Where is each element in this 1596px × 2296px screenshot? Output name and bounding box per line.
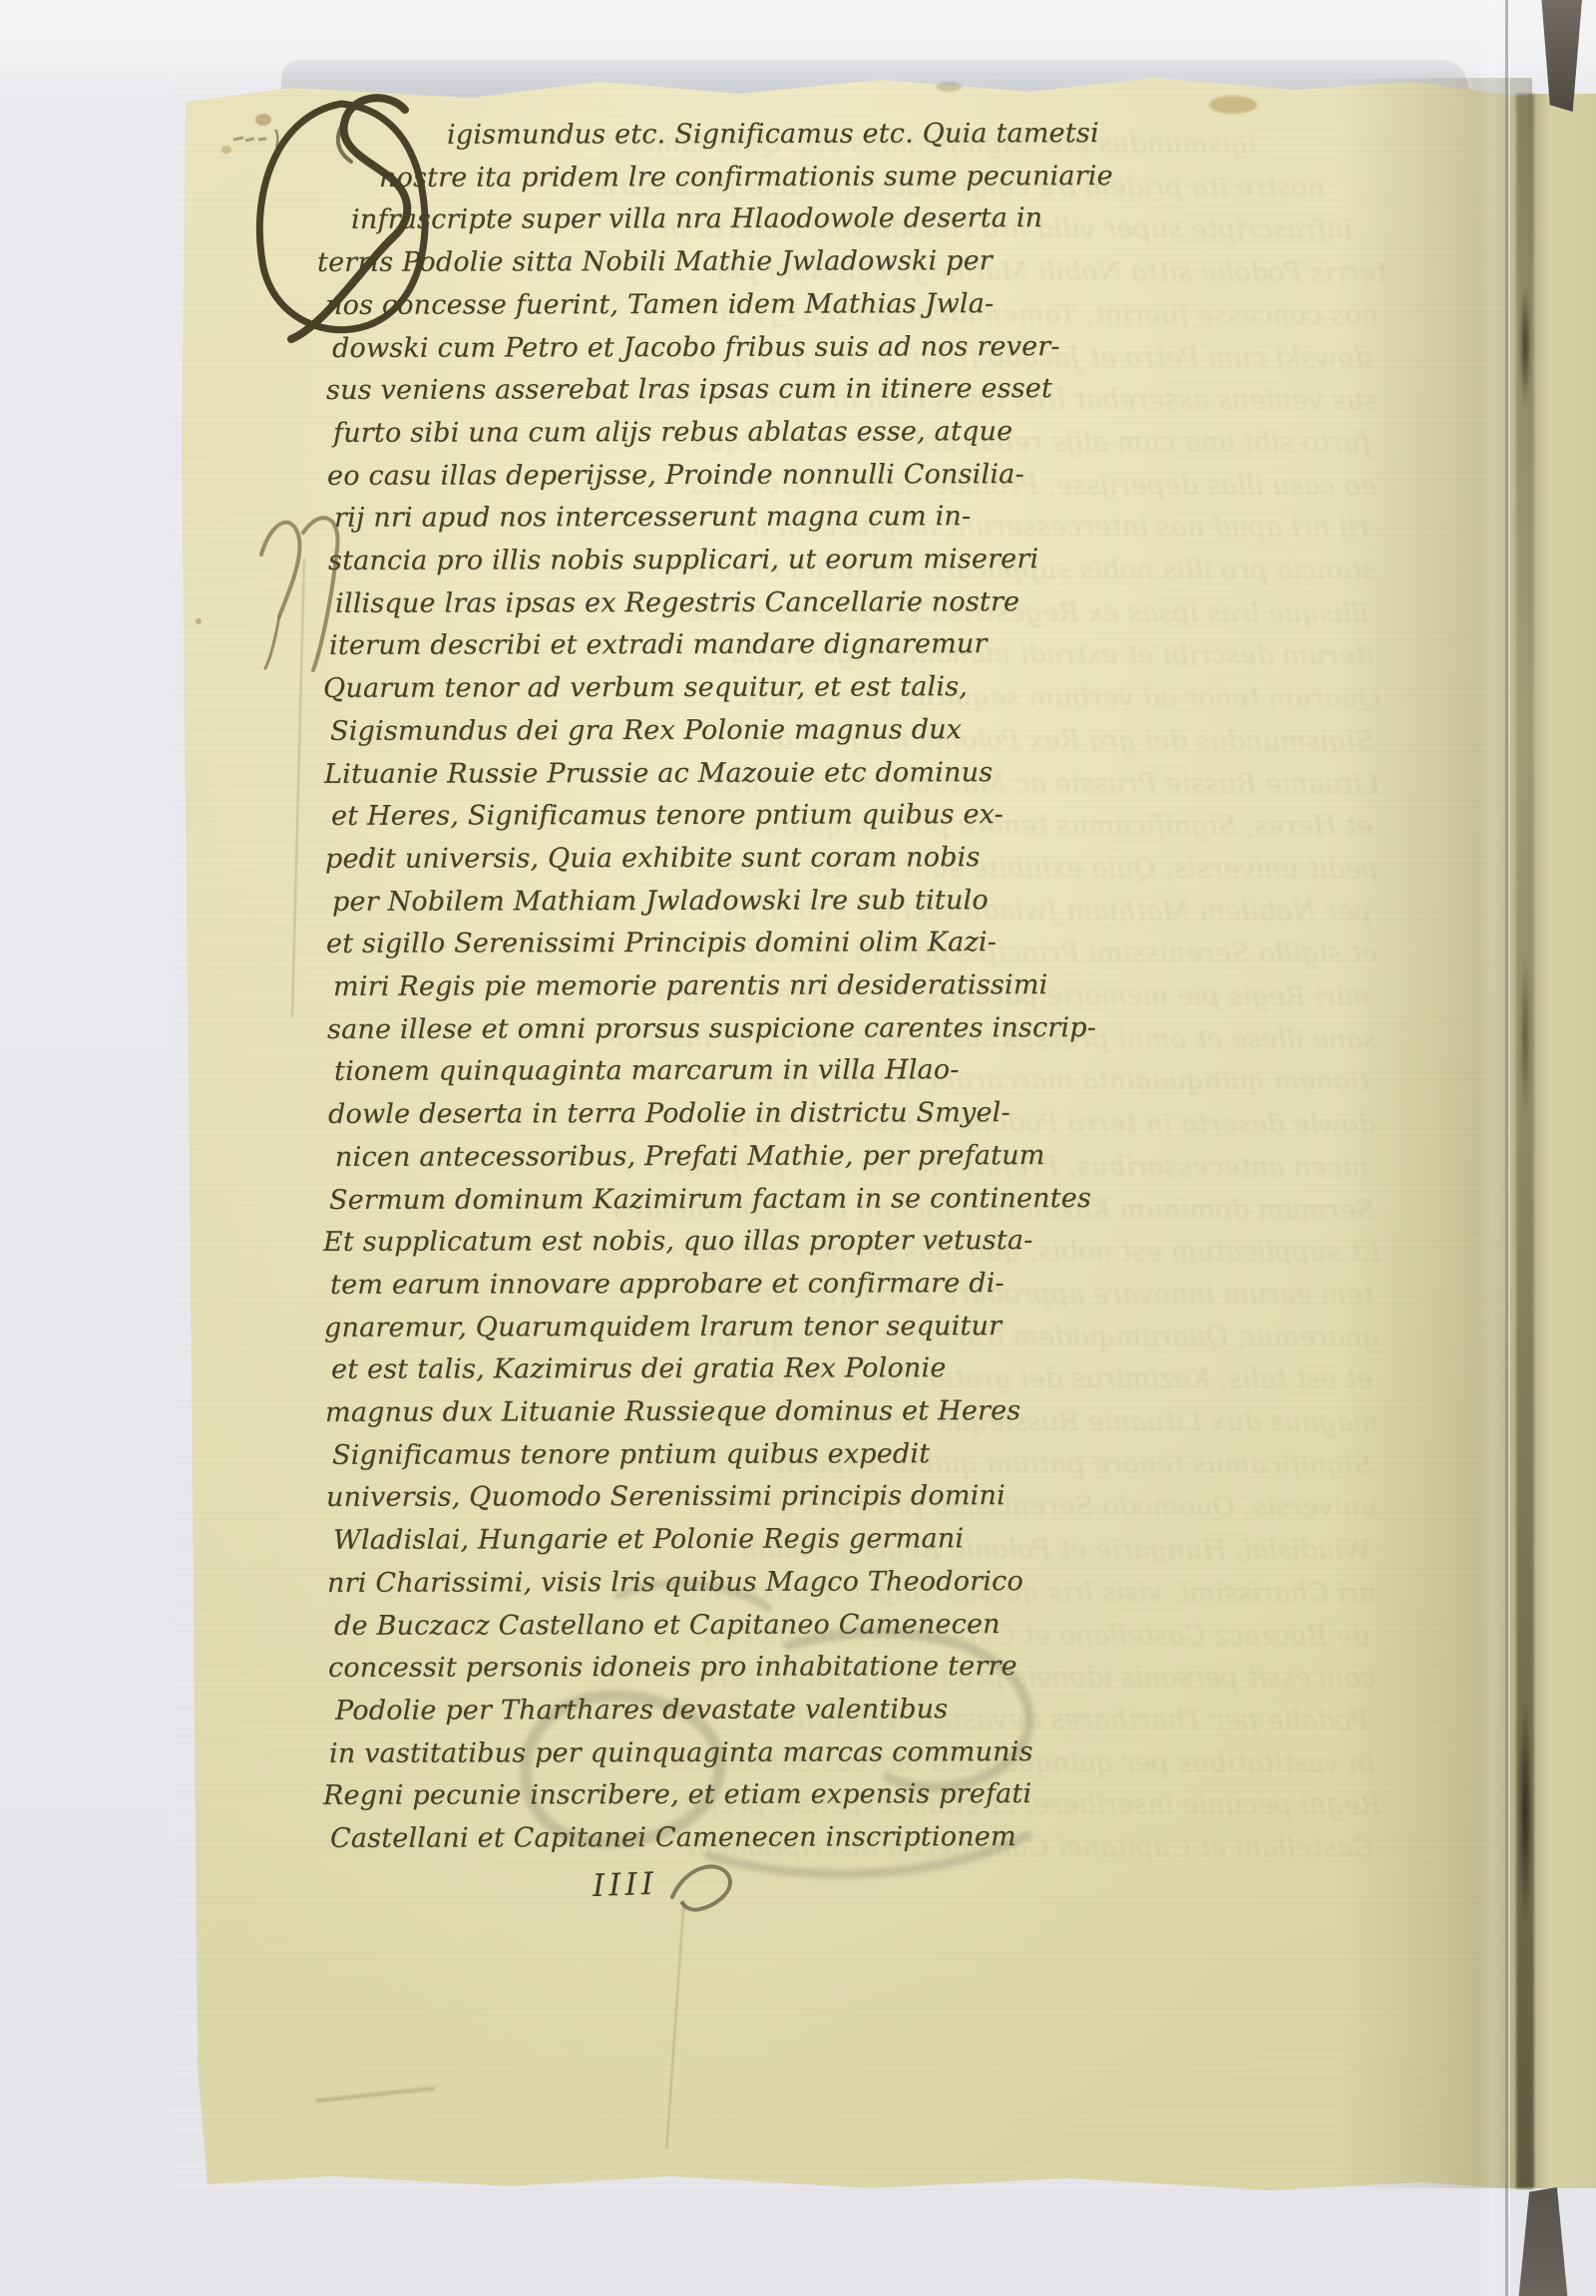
manuscript-line: concessit personis idoneis pro inhabitat…	[328, 1650, 1017, 1686]
manuscript-line: sane illese et omni prorsus suspicione c…	[327, 1011, 1096, 1047]
manuscript-line: Sigismundus dei gra Rex Polonie magnus d…	[330, 713, 962, 749]
manuscript-line: et Heres, Significamus tenore pntium qui…	[331, 798, 1003, 834]
manuscript-line: Wladislai, Hungarie et Polonie Regis ger…	[333, 1522, 964, 1558]
manuscript-line: per Nobilem Mathiam Jwladowski lre sub t…	[332, 884, 989, 920]
manuscript-line: Lituanie Russie Prussie ac Mazouie etc d…	[324, 756, 993, 792]
manuscript-line: et est talis, Kazimirus dei gratia Rex P…	[331, 1351, 947, 1387]
manuscript-line: eo casu illas deperijsse, Proinde nonnul…	[327, 458, 1024, 494]
glass-edge	[1505, 0, 1508, 2296]
manuscript-line: pedit universis, Quia exhibite sunt cora…	[325, 841, 981, 877]
manuscript-line: Quarum tenor ad verbum sequitur, et est …	[323, 670, 968, 706]
manuscript-line: gnaremur, Quarumquidem lrarum tenor sequ…	[324, 1310, 1001, 1345]
manuscript-line: Sermum dominum Kazimirum factam in se co…	[329, 1182, 1091, 1218]
manuscript-line: illisque lras ipsas ex Regestris Cancell…	[335, 585, 1019, 621]
manuscript-line: in vastitatibus per quinquaginta marcas …	[329, 1735, 1033, 1771]
manuscript-line: de Buczacz Castellano et Capitaneo Camen…	[334, 1608, 1000, 1644]
manuscript-line: magnus dux Lituanie Russieque dominus et…	[325, 1394, 1020, 1430]
quire-mark-flourish	[666, 1857, 746, 1927]
manuscript-line: dowle deserta in terra Podolie in distri…	[328, 1096, 1010, 1132]
scan-background: igismundus etc. Significamus etc. Quia t…	[0, 0, 1596, 2296]
quire-mark: IIII	[592, 1866, 657, 1904]
manuscript-line: Castellani et Capitanei Camenecen inscri…	[330, 1820, 1016, 1856]
manuscript-line: nri Charissimi, visis lris quibus Magco …	[327, 1565, 1023, 1601]
manuscript-line: tem earum innovare approbare et confirma…	[330, 1267, 1004, 1303]
manuscript-line: igismundus etc. Significamus etc. Quia t…	[447, 117, 1099, 153]
manuscript-line: Podolie per Tharthares devastate valenti…	[335, 1693, 948, 1728]
manuscript-line: Regni pecunie inscribere, et etiam expen…	[323, 1777, 1031, 1813]
manuscript-line: et sigillo Serenissimi Principis domini …	[326, 926, 997, 961]
manuscript-line: iterum describi et extradi mandare digna…	[329, 627, 988, 663]
manuscript-line: nostre ita pridem lre confirmationis sum…	[379, 160, 1113, 195]
manuscript-line: dowski cum Petro et Jacobo fribus suis a…	[332, 330, 1060, 366]
manuscript-line: tionem quinquaginta marcarum in villa Hl…	[334, 1053, 960, 1089]
gutter-crease	[1516, 94, 1534, 2188]
manuscript-line: terris Podolie sitta Nobili Mathie Jwlad…	[317, 244, 993, 280]
manuscript-line: nicen antecessoribus, Prefati Mathie, pe…	[335, 1139, 1045, 1175]
manuscript-line: miri Regis pie memorie parentis nri desi…	[333, 968, 1048, 1004]
manuscript-line: stancia pro illis nobis supplicari, ut e…	[328, 543, 1038, 578]
manuscript-line: Significamus tenore pntium quibus expedi…	[332, 1437, 930, 1473]
manuscript-line: universis, Quomodo Serenissimi principis…	[326, 1479, 1005, 1515]
manuscript-line: nos concesse fuerint, Tamen idem Mathias…	[325, 287, 994, 323]
manuscript-line: furto sibi una cum alijs rebus ablatas e…	[333, 415, 1012, 451]
manuscript-line: sus veniens asserebat lras ipsas cum in …	[326, 372, 1052, 408]
manuscript-line: infrascripte super villa nra Hlaodowole …	[351, 201, 1042, 237]
next-page-edge	[1528, 94, 1596, 2188]
manuscript-line: rij nri apud nos intercesserunt magna cu…	[334, 500, 971, 536]
manuscript-line: Et supplicatum est nobis, quo illas prop…	[323, 1224, 1033, 1260]
